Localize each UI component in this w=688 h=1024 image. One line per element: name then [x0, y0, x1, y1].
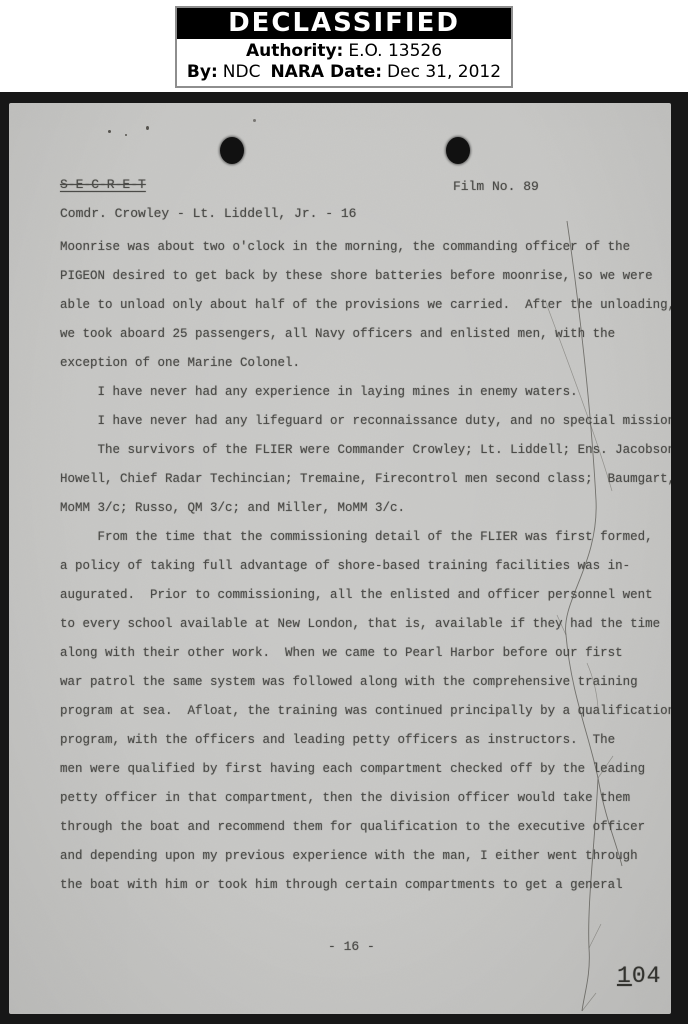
typed-line: and depending upon my previous experienc…: [60, 848, 640, 877]
typed-line: men were qualified by first having each …: [60, 761, 640, 790]
film-number: Film No. 89: [453, 179, 539, 194]
by-value: NDC: [223, 62, 261, 82]
archive-page-stamp: 104: [617, 963, 661, 989]
classification-marking: S-E-C-R-E-T: [60, 177, 146, 192]
typed-line: program, with the officers and leading p…: [60, 732, 640, 761]
typed-line: through the boat and recommend them for …: [60, 819, 640, 848]
scan-background: S-E-C-R-E-T Film No. 89 Comdr. Crowley -…: [0, 92, 688, 1024]
typed-line: exception of one Marine Colonel.: [60, 355, 640, 384]
typed-line: war patrol the same system was followed …: [60, 674, 640, 703]
by-label: By:: [187, 62, 218, 82]
paper-speck: [108, 130, 111, 133]
paper-speck: [146, 126, 149, 130]
typed-line: PIGEON desired to get back by these shor…: [60, 268, 640, 297]
typed-line: MoMM 3/c; Russo, QM 3/c; and Miller, MoM…: [60, 500, 640, 529]
document-page: S-E-C-R-E-T Film No. 89 Comdr. Crowley -…: [9, 103, 671, 1014]
typed-line: I have never had any experience in layin…: [60, 384, 640, 413]
typed-body: Moonrise was about two o'clock in the mo…: [60, 239, 640, 906]
typed-line: augurated. Prior to commissioning, all t…: [60, 587, 640, 616]
nara-date-value: Dec 31, 2012: [387, 62, 501, 82]
document-header: Comdr. Crowley - Lt. Liddell, Jr. - 16: [60, 206, 356, 221]
typed-line: a policy of taking full advantage of sho…: [60, 558, 640, 587]
by-date-line: By:NDCNARA Date:Dec 31, 2012: [177, 62, 511, 83]
typed-line: we took aboard 25 passengers, all Navy o…: [60, 326, 640, 355]
nara-date-label: NARA Date:: [270, 62, 382, 82]
paper-speck: [125, 134, 127, 136]
typed-line: along with their other work. When we cam…: [60, 645, 640, 674]
typed-line: able to unload only about half of the pr…: [60, 297, 640, 326]
typed-line: I have never had any lifeguard or reconn…: [60, 413, 640, 442]
hole-punch-right: [446, 137, 470, 164]
hole-punch-left: [220, 137, 244, 164]
page-number: - 16 -: [328, 939, 375, 954]
typed-line: petty officer in that compartment, then …: [60, 790, 640, 819]
declassified-banner: DECLASSIFIED Authority:E.O. 13526 By:NDC…: [175, 6, 513, 88]
top-white-margin: DECLASSIFIED Authority:E.O. 13526 By:NDC…: [0, 0, 688, 92]
typed-line: From the time that the commissioning det…: [60, 529, 640, 558]
authority-label: Authority:: [246, 41, 343, 61]
authority-line: Authority:E.O. 13526: [177, 41, 511, 62]
typed-line: Moonrise was about two o'clock in the mo…: [60, 239, 640, 268]
authority-value: E.O. 13526: [348, 41, 442, 61]
typed-line: the boat with him or took him through ce…: [60, 877, 640, 906]
declassified-title: DECLASSIFIED: [177, 8, 511, 39]
typed-line: program at sea. Afloat, the training was…: [60, 703, 640, 732]
typed-line: Howell, Chief Radar Techincian; Tremaine…: [60, 471, 640, 500]
typed-line: to every school available at New London,…: [60, 616, 640, 645]
typed-line: The survivors of the FLIER were Commande…: [60, 442, 640, 471]
paper-speck: [253, 119, 256, 122]
